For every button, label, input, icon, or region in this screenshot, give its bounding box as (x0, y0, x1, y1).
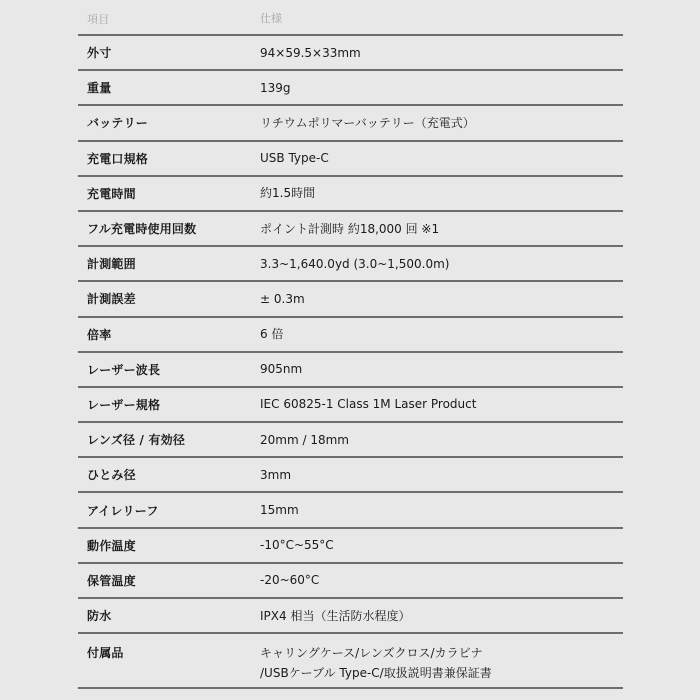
table-row-accessories: 付属品 キャリングケース/レンズクロス/カラビナ /USBケーブル Type-C… (78, 634, 623, 689)
row-label: フル充電時使用回数 (78, 220, 260, 237)
row-label: 充電時間 (78, 185, 260, 202)
row-label: 防水 (78, 607, 260, 624)
row-label: 計測範囲 (78, 255, 260, 272)
table-row-dimensions: 外寸 94×59.5×33mm (78, 36, 623, 71)
table-row-measurement-accuracy: 計測誤差 ± 0.3m (78, 282, 623, 317)
row-value: キャリングケース/レンズクロス/カラビナ /USBケーブル Type-C/取扱説… (260, 643, 623, 683)
row-label: バッテリー (78, 114, 260, 131)
row-value: USB Type-C (260, 148, 623, 168)
row-label: 倍率 (78, 326, 260, 343)
row-value: IEC 60825-1 Class 1M Laser Product (260, 394, 623, 414)
table-row-exit-pupil: ひとみ径 3mm (78, 458, 623, 493)
table-row-laser-standard: レーザー規格 IEC 60825-1 Class 1M Laser Produc… (78, 388, 623, 423)
table-row-storage-temp: 保管温度 -20~60°C (78, 564, 623, 599)
row-label: 付属品 (78, 643, 260, 663)
table-row-uses-per-charge: フル充電時使用回数 ポイント計測時 約18,000 回 ※1 (78, 212, 623, 247)
row-label: アイレリーフ (78, 502, 260, 519)
row-value-line: /USBケーブル Type-C/取扱説明書兼保証書 (260, 663, 623, 683)
row-value: 約1.5時間 (260, 183, 623, 203)
row-value: 139g (260, 78, 623, 98)
table-row-measurement-range: 計測範囲 3.3~1,640.0yd (3.0~1,500.0m) (78, 247, 623, 282)
table-header-row: 項目 仕様 (78, 0, 623, 36)
row-label: 動作温度 (78, 537, 260, 554)
row-value: -10°C~55°C (260, 535, 623, 555)
table-row-lens-diameter: レンズ径 / 有効径 20mm / 18mm (78, 423, 623, 458)
row-value: 20mm / 18mm (260, 430, 623, 450)
row-label: 重量 (78, 79, 260, 96)
table-row-operating-temp: 動作温度 -10°C~55°C (78, 529, 623, 564)
row-value: ± 0.3m (260, 289, 623, 309)
row-label: レンズ径 / 有効径 (78, 431, 260, 448)
table-row-eye-relief: アイレリーフ 15mm (78, 493, 623, 528)
table-row-battery: バッテリー リチウムポリマーバッテリー（充電式） (78, 106, 623, 141)
row-value: ポイント計測時 約18,000 回 ※1 (260, 219, 623, 239)
table-row-waterproof: 防水 IPX4 相当（生活防水程度） (78, 599, 623, 634)
table-row-charging-time: 充電時間 約1.5時間 (78, 177, 623, 212)
row-label: レーザー規格 (78, 396, 260, 413)
row-value: -20~60°C (260, 570, 623, 590)
column-header-spec: 仕様 (260, 9, 623, 29)
row-label: 保管温度 (78, 572, 260, 589)
table-row-magnification: 倍率 6 倍 (78, 318, 623, 353)
row-value: 3.3~1,640.0yd (3.0~1,500.0m) (260, 254, 623, 274)
row-value: 6 倍 (260, 324, 623, 344)
row-label: 充電口規格 (78, 150, 260, 167)
row-value-line: キャリングケース/レンズクロス/カラビナ (260, 643, 623, 663)
row-value: リチウムポリマーバッテリー（充電式） (260, 113, 623, 133)
spec-table: 項目 仕様 外寸 94×59.5×33mm 重量 139g バッテリー リチウム… (78, 0, 623, 689)
table-row-laser-wavelength: レーザー波長 905nm (78, 353, 623, 388)
row-value: 15mm (260, 500, 623, 520)
row-label: 外寸 (78, 44, 260, 61)
table-row-charging-port: 充電口規格 USB Type-C (78, 142, 623, 177)
column-header-item: 項目 (78, 11, 260, 27)
row-label: ひとみ径 (78, 466, 260, 483)
table-row-weight: 重量 139g (78, 71, 623, 106)
row-value: 905nm (260, 359, 623, 379)
row-value: 94×59.5×33mm (260, 43, 623, 63)
row-value: IPX4 相当（生活防水程度） (260, 606, 623, 626)
row-label: レーザー波長 (78, 361, 260, 378)
row-value: 3mm (260, 465, 623, 485)
row-label: 計測誤差 (78, 290, 260, 307)
